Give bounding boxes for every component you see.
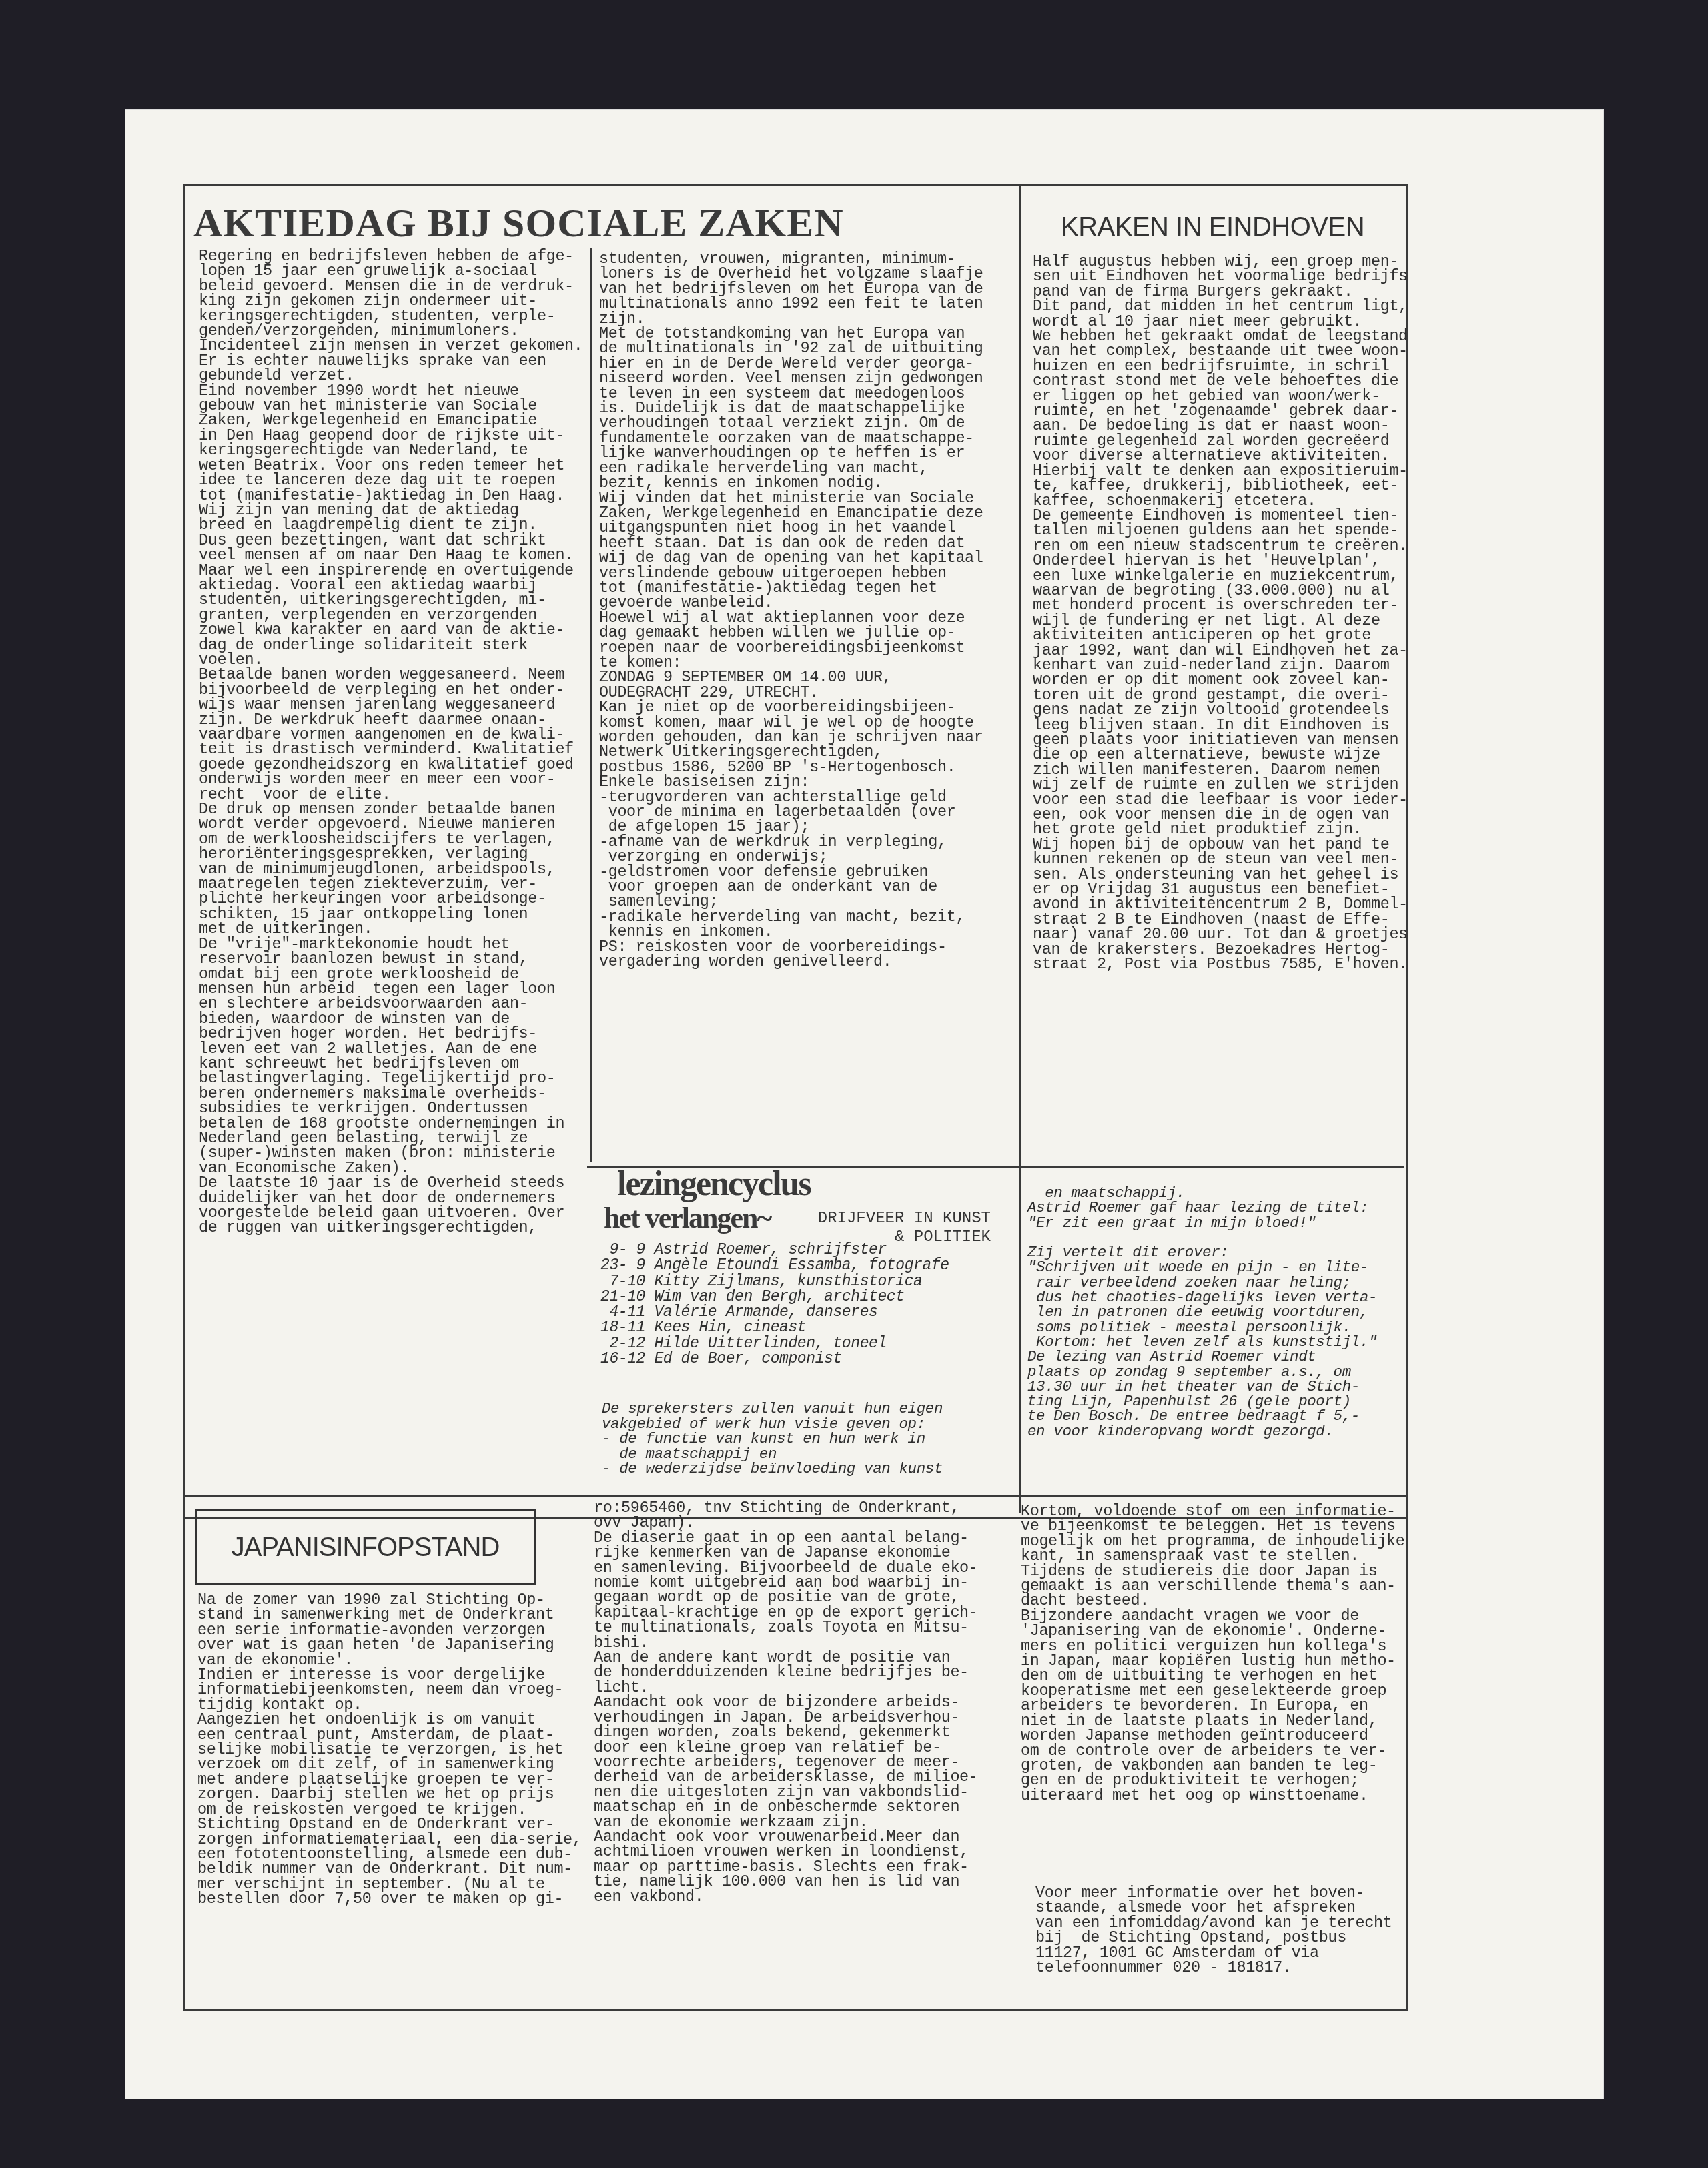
lezingen-schedule: 9- 9 Astrid Roemer, schrijfster 23- 9 An…: [600, 1242, 949, 1367]
lezingen-heading: lezingencyclus: [617, 1164, 811, 1204]
japan-title: JAPANISINFOPSTAND: [195, 1509, 536, 1585]
lezingen-column-divider: [1019, 1166, 1021, 1513]
kraken-title: KRAKEN IN EINDHOVEN: [1061, 212, 1364, 242]
lezingen-intro: De sprekersters zullen vanuit hun eigen …: [602, 1401, 943, 1477]
japan-contact-info: Voor meer informatie over het boven- sta…: [1035, 1886, 1392, 1976]
kraken-body: Half augustus hebben wij, een groep men-…: [1033, 255, 1408, 973]
aktiedag-column-2: studenten, vrouwen, migranten, minimum- …: [599, 252, 983, 970]
aktiedag-title: AKTIEDAG BIJ SOCIALE ZAKEN: [193, 200, 844, 246]
aktiedag-column-1: Regering en bedrijfsleven hebben de afge…: [199, 250, 583, 1236]
lezingen-astrid-roemer: en maatschappij. Astrid Roemer gaf haar …: [1027, 1186, 1377, 1439]
japan-column-1: Na de zomer van 1990 zal Stichting Op- s…: [197, 1593, 582, 1908]
kraken-column-divider: [1019, 186, 1021, 1166]
japan-column-2: ro:5965460, tnv Stichting de Onderkrant,…: [594, 1501, 978, 1905]
japan-column-3: Kortom, voldoende stof om een informatie…: [1021, 1505, 1405, 1804]
lezingen-subheading: het verlangen~: [604, 1201, 771, 1235]
aktiedag-column-divider: [590, 248, 592, 1162]
